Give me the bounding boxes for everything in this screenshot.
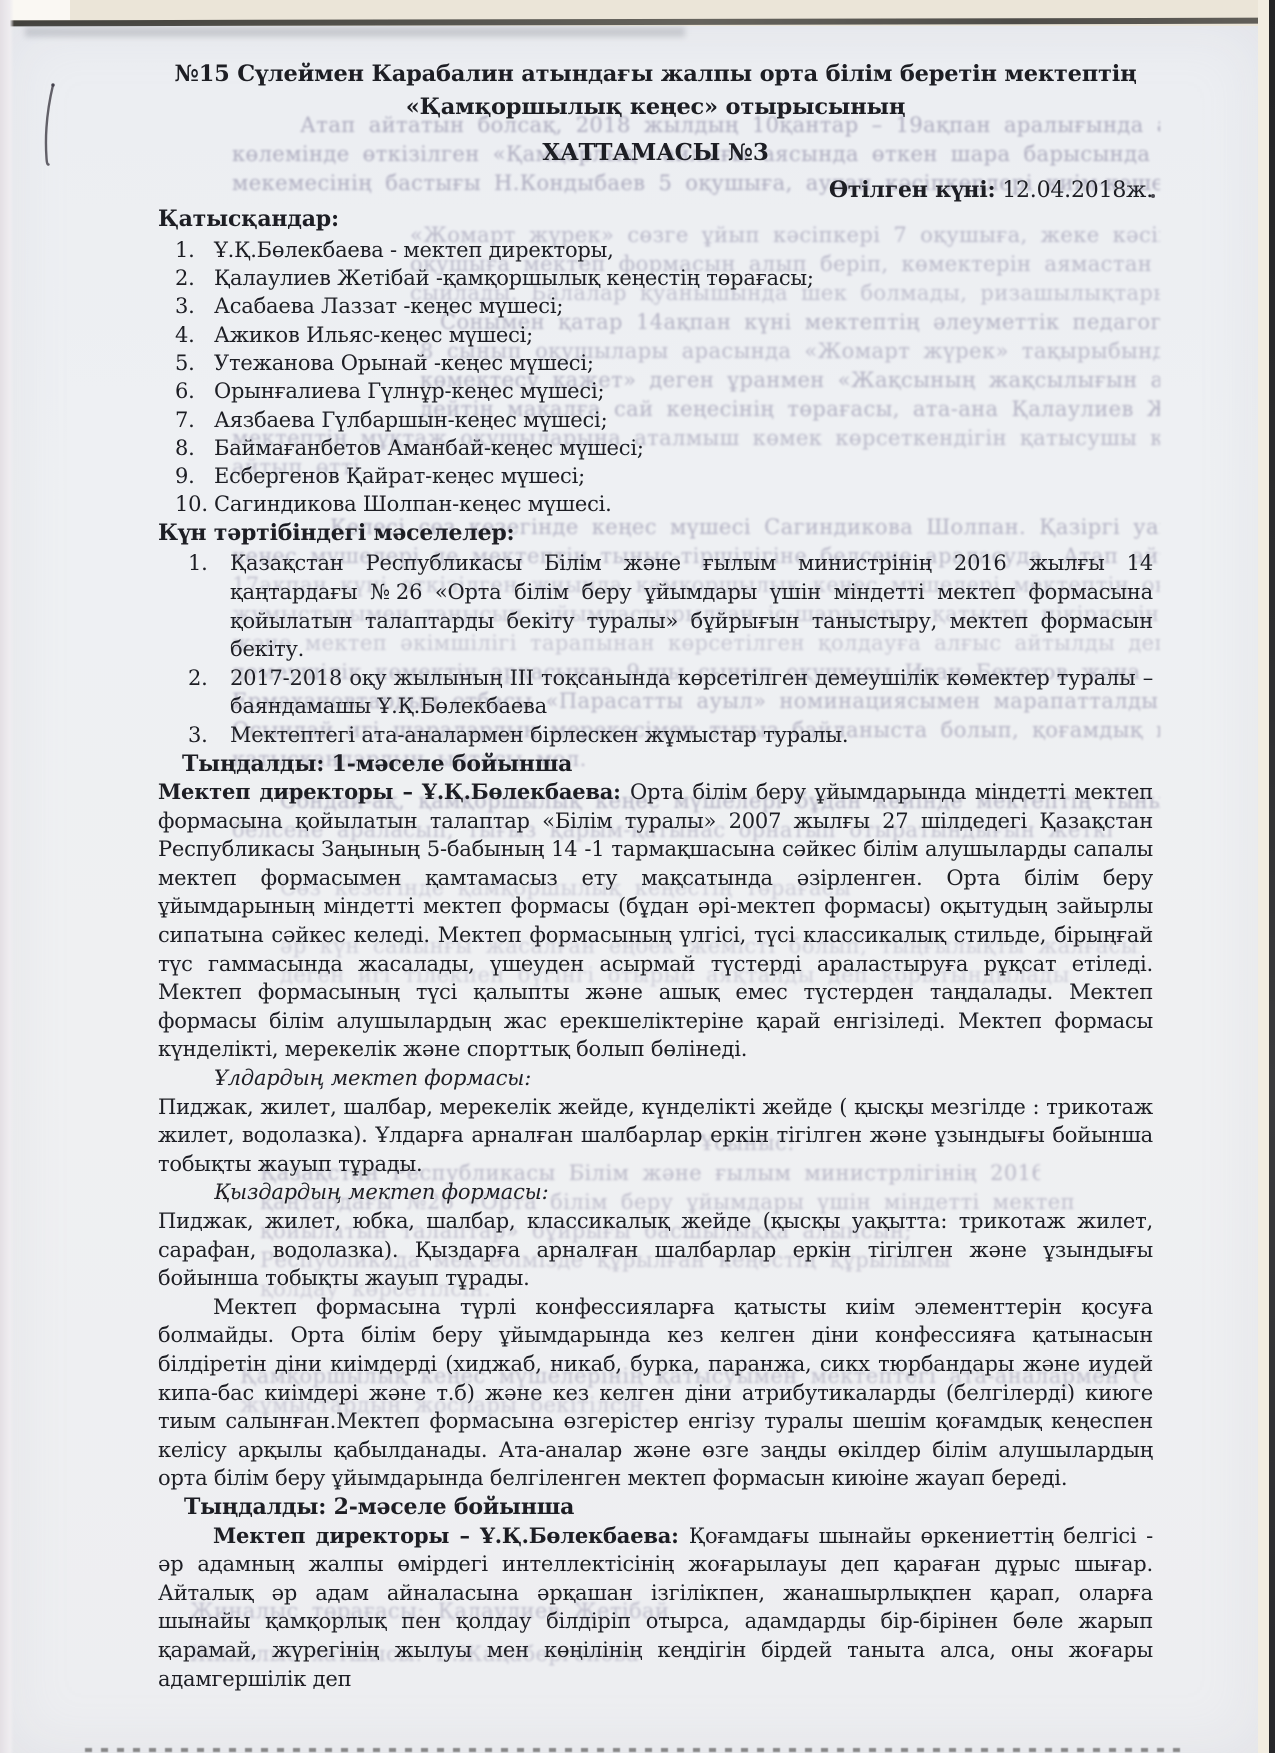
boys-uniform-text: Пиджак, жилет, шалбар, мерекелік жейде, … bbox=[158, 1093, 1153, 1179]
participant-item: Баймағанбетов Аманбай-кеңес мүшесі; bbox=[158, 434, 1153, 462]
school-title-line1: №15 Сүлеймен Карабалин атындағы жалпы ор… bbox=[158, 58, 1153, 91]
section2-speech: Мектеп директоры – Ұ.Қ.Бөлекбаева: Қоғам… bbox=[158, 1522, 1153, 1694]
participant-item: Утежанова Орынай -кеңес мүшесі; bbox=[158, 349, 1153, 377]
participant-item: Қалаулиев Жетібай -қамқоршылық кеңестің … bbox=[158, 264, 1153, 292]
scan-left-edge-shade bbox=[0, 0, 14, 1753]
girls-uniform-heading: Қыздардың мектеп формасы: bbox=[158, 1178, 1153, 1207]
participant-item: Орынғалиева Гүлнұр-кеңес мүшесі; bbox=[158, 377, 1153, 405]
participants-heading: Қатысқандар: bbox=[158, 205, 1153, 234]
boys-uniform-heading: Ұлдардың мектеп формасы: bbox=[158, 1064, 1153, 1093]
section1-heading: Тыңдалды: 1-мәселе бойынша bbox=[158, 750, 1153, 779]
agenda-item: Қазақстан Республикасы Білім және ғылым … bbox=[158, 549, 1153, 663]
scan-top-smudge bbox=[25, 27, 685, 37]
section1-speaker: Мектеп директоры – Ұ.Қ.Бөлекбаева: bbox=[158, 779, 630, 804]
participant-item: Ажиков Ильяс-кеңес мүшесі; bbox=[158, 321, 1153, 349]
participant-item: Ұ.Қ.Бөлекбаева - мектеп директоры, bbox=[158, 236, 1153, 264]
agenda-list: Қазақстан Республикасы Білім және ғылым … bbox=[158, 549, 1153, 749]
section1-speech: Мектеп директоры – Ұ.Қ.Бөлекбаева: Орта … bbox=[158, 778, 1153, 1064]
girls-uniform-text: Пиджак, жилет, юбка, шалбар, классикалық… bbox=[158, 1207, 1153, 1293]
date-line: Өтілген күні: 12.04.2018ж. bbox=[158, 176, 1153, 206]
participant-item: Есбергенов Қайрат-кеңес мүшесі; bbox=[158, 462, 1153, 490]
agenda-item: Мектептегі ата-аналармен бірлескен жұмыс… bbox=[158, 721, 1153, 750]
participant-item: Аязбаева Гүлбаршын-кеңес мүшесі; bbox=[158, 406, 1153, 434]
section1-speech-text: Орта білім беру ұйымдарында міндетті мек… bbox=[158, 780, 1153, 1061]
agenda-item: 2017-2018 оқу жылының III тоқсанында көр… bbox=[158, 664, 1153, 721]
section2-speech-text: Қоғамдағы шынайы өркениеттің белгісі - ә… bbox=[158, 1524, 1153, 1691]
uniform-rules-text: Мектеп формасына түрлі конфессияларға қа… bbox=[158, 1293, 1153, 1493]
participant-item: Сагиндикова Шолпан-кеңес мүшесі. bbox=[158, 490, 1153, 518]
scan-bottom-edge-speckle bbox=[85, 1748, 1185, 1752]
agenda-heading: Күн тәртібіндегі мәселелер: bbox=[158, 519, 1153, 548]
document-body: №15 Сүлеймен Карабалин атындағы жалпы ор… bbox=[158, 58, 1153, 1693]
participant-item: Асабаева Лаззат -кеңес мүшесі; bbox=[158, 292, 1153, 320]
scanned-document: Атап айтатын болсақ, 2018 жылдың 10қанта… bbox=[0, 0, 1275, 1753]
section2-heading: Тыңдалды: 2-мәселе бойынша bbox=[158, 1493, 1153, 1522]
scan-right-edge-line bbox=[1269, 0, 1275, 1753]
section2-speaker: Мектеп директоры – Ұ.Қ.Бөлекбаева: bbox=[213, 1523, 689, 1548]
date-label: Өтілген күні: bbox=[829, 177, 996, 203]
participants-list: Ұ.Қ.Бөлекбаева - мектеп директоры, Қалау… bbox=[158, 236, 1153, 519]
protocol-title: ХАТТАМАСЫ №3 bbox=[158, 139, 1153, 168]
school-title-line2: «Қамқоршылық кеңес» отырысының bbox=[158, 91, 1153, 124]
date-value: 12.04.2018ж. bbox=[995, 178, 1153, 203]
pen-mark bbox=[38, 80, 64, 176]
